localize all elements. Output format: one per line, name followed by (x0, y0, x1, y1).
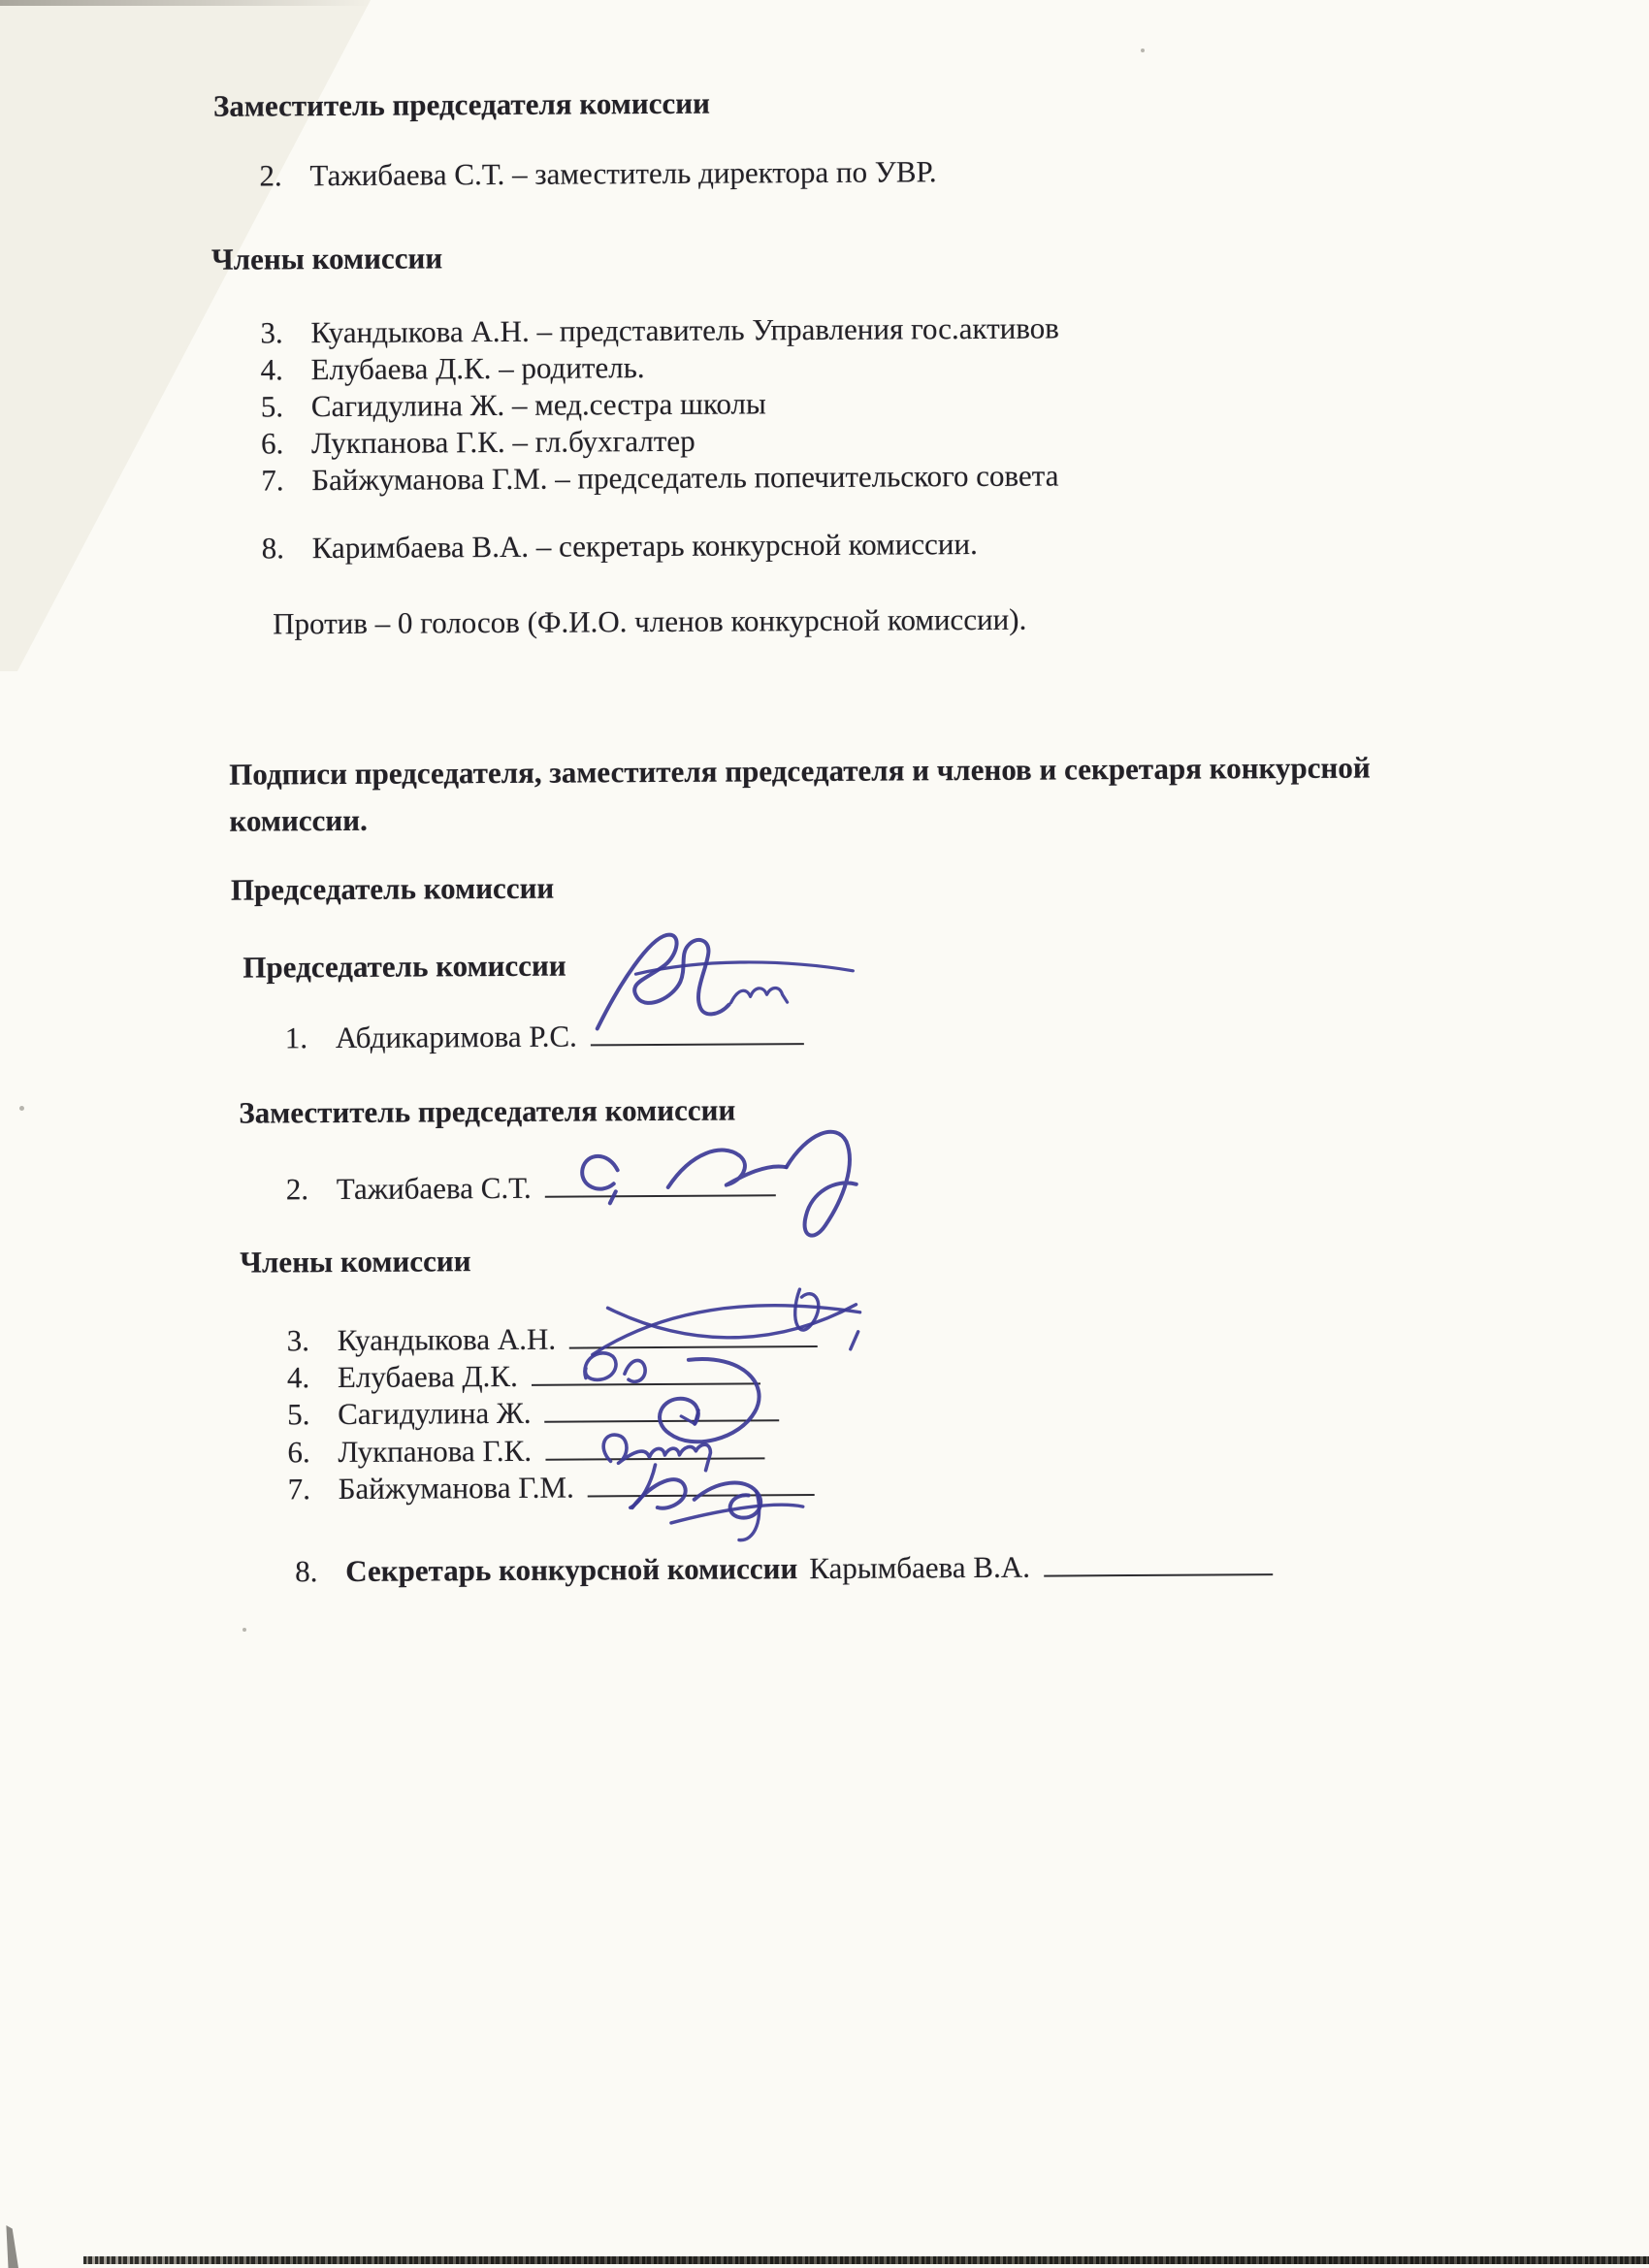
signature-row-member: 3. Куандыкова А.Н. (287, 1316, 819, 1358)
signature-row-deputy: 2. Тажибаева С.Т. (286, 1165, 776, 1207)
list-text: Куандыкова А.Н. – представитель Управлен… (310, 309, 1059, 350)
list-number: 4. (260, 351, 310, 387)
scanned-document-page: Заместитель председателя комиссии 2. Таж… (0, 0, 1649, 2268)
list-item: 5. Сагидулина Ж. – мед.сестра школы (261, 385, 766, 424)
signature-line (1044, 1544, 1273, 1576)
signature-row-chair: 1. Абдикаримова Р.С. (285, 1014, 804, 1055)
list-number: 4. (287, 1359, 338, 1395)
scan-speck (19, 1106, 24, 1111)
signature-line (591, 1014, 804, 1046)
list-number: 6. (287, 1434, 338, 1470)
signer-name: Тажибаева С.Т. (337, 1170, 532, 1207)
list-text: Байжуманова Г.М. – председатель попечите… (311, 457, 1058, 498)
list-number: 2. (286, 1171, 337, 1207)
list-number: 5. (287, 1396, 338, 1432)
list-item: 6. Лукпанова Г.К. – гл.бухгалтер (261, 423, 695, 462)
heading-chair: Председатель комиссии (242, 948, 566, 986)
list-text: Каримбаева В.А. – секретарь конкурсной к… (312, 526, 978, 566)
heading-deputy-chair: Заместитель председателя комиссии (213, 85, 710, 124)
signer-name: Байжуманова Г.М. (339, 1470, 574, 1507)
list-item-secretary: 8. Каримбаева В.А. – секретарь конкурсно… (262, 526, 978, 567)
list-number: 1. (285, 1020, 336, 1055)
list-item: 7. Байжуманова Г.М. – председатель попеч… (261, 457, 1058, 498)
signature-line (532, 1353, 760, 1385)
signer-name: Сагидулина Ж. (338, 1395, 532, 1432)
list-text: Сагидулина Ж. – мед.сестра школы (311, 385, 766, 424)
signature-row-member: 5. Сагидулина Ж. (287, 1390, 780, 1432)
signature-line (588, 1465, 815, 1497)
signature-row-member: 6. Лукпанова Г.К. (287, 1428, 764, 1470)
list-number: 2. (259, 157, 309, 193)
signature-line (544, 1390, 779, 1422)
signer-name: Карымбаева В.А. (809, 1549, 1030, 1586)
signature-line (545, 1165, 776, 1197)
list-number: 8. (295, 1553, 345, 1589)
signature-row-member: 4. Елубаева Д.К. (287, 1353, 760, 1395)
scan-speck (242, 1628, 246, 1632)
signature-line (569, 1316, 818, 1349)
heading-members: Члены комиссии (211, 240, 443, 276)
list-item: 4. Елубаева Д.К. – родитель. (260, 349, 644, 387)
signature-line (545, 1428, 764, 1460)
heading-deputy-chair-2: Заместитель председателя комиссии (239, 1092, 735, 1131)
list-text: Елубаева Д.К. – родитель. (310, 349, 644, 387)
list-text: Тажибаева С.Т. – заместитель директора п… (309, 153, 936, 193)
list-number: 3. (287, 1322, 338, 1358)
signer-name: Куандыкова А.Н. (338, 1321, 557, 1358)
signatures-intro-paragraph: Подписи председателя, заместителя предсе… (229, 744, 1505, 845)
heading-members-2: Члены комиссии (240, 1243, 471, 1280)
scan-speck (1141, 49, 1145, 52)
list-number: 3. (260, 314, 310, 350)
list-number: 5. (261, 388, 311, 424)
list-item: 3. Куандыкова А.Н. – представитель Управ… (260, 309, 1059, 350)
list-number: 7. (261, 462, 311, 498)
document-content: Заместитель председателя комиссии 2. Таж… (0, 0, 1649, 2268)
list-item-deputy: 2. Тажибаева С.Т. – заместитель директор… (259, 153, 936, 193)
signature-row-member: 7. Байжуманова Г.М. (288, 1465, 815, 1507)
list-text: Лукпанова Г.К. – гл.бухгалтер (311, 423, 695, 461)
against-votes-line: Против – 0 голосов (Ф.И.О. членов конкур… (273, 601, 1026, 642)
signer-name: Елубаева Д.К. (338, 1358, 518, 1395)
signer-name: Лукпанова Г.К. (338, 1433, 532, 1470)
secretary-role: Секретарь конкурсной комиссии (345, 1550, 797, 1589)
list-number: 8. (262, 530, 312, 566)
signer-name: Абдикаримова Р.С. (336, 1019, 577, 1056)
heading-chair-outer: Председатель комиссии (231, 870, 555, 908)
list-number: 6. (261, 425, 311, 461)
signature-row-secretary: 8. Секретарь конкурсной комиссии Карымба… (295, 1544, 1273, 1589)
list-number: 7. (288, 1471, 339, 1507)
scan-bottom-edge-artifact (83, 2256, 1649, 2264)
